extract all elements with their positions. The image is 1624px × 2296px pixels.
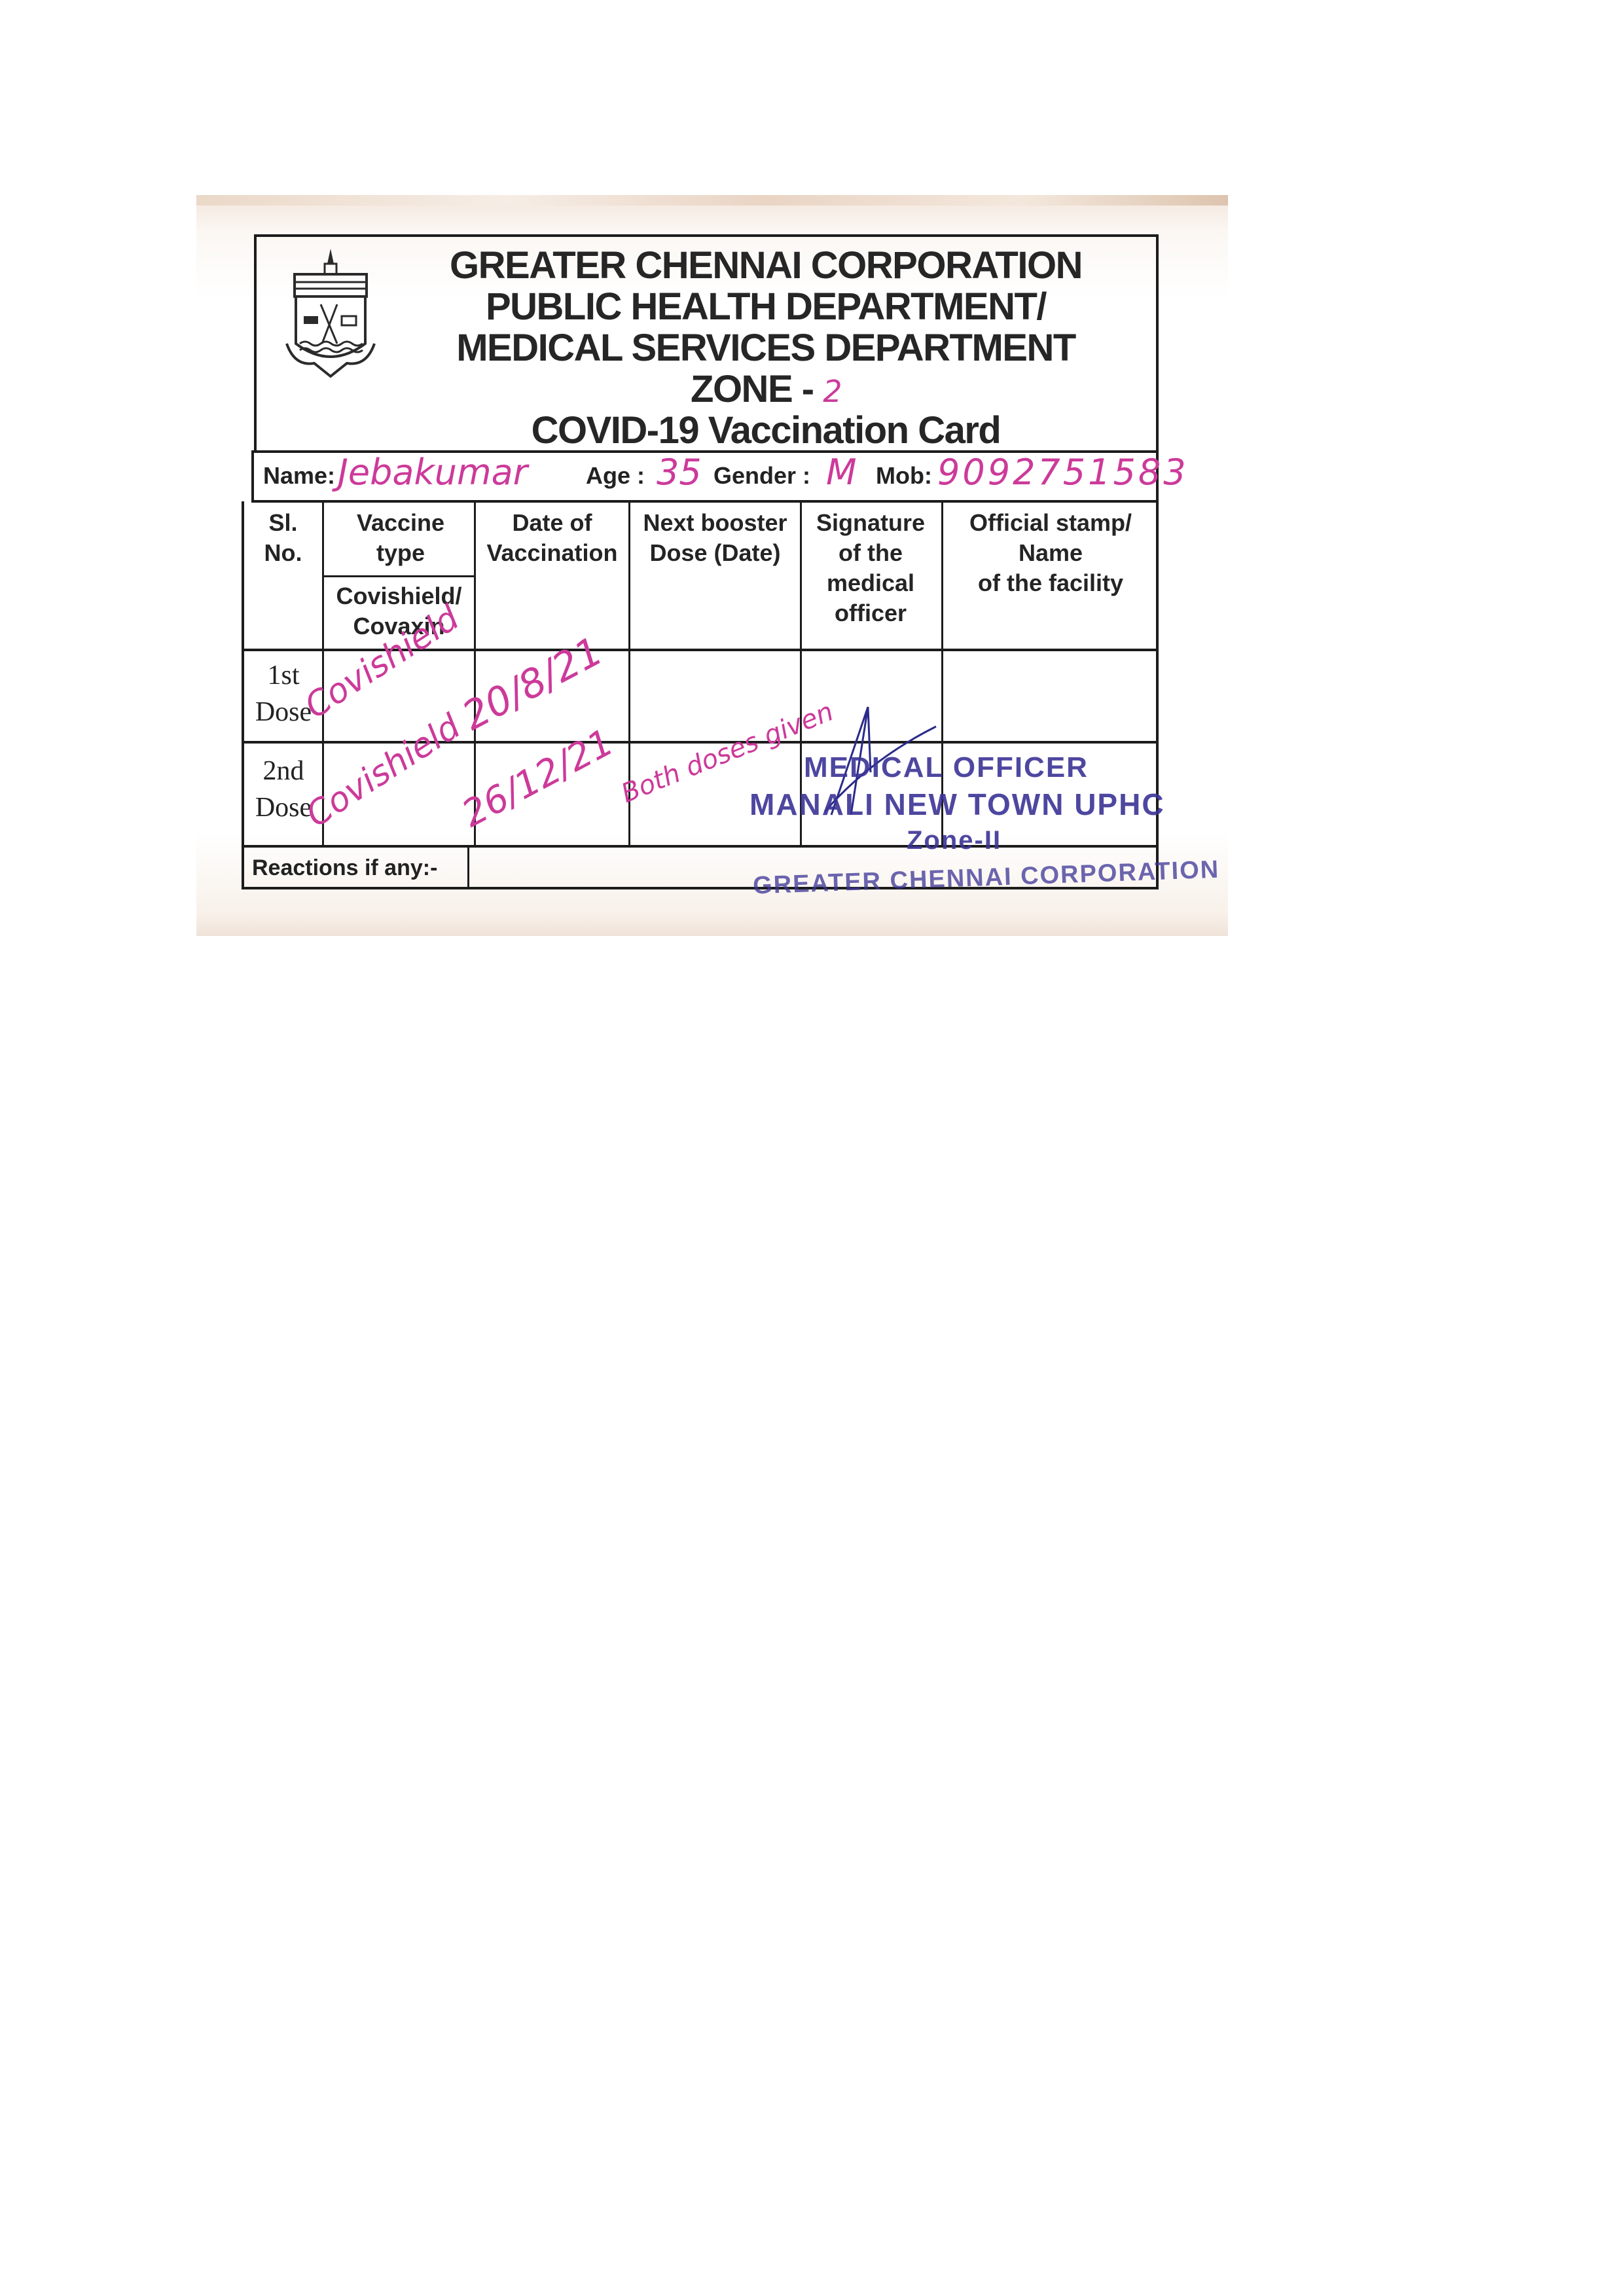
- gender-label: Gender :: [713, 462, 810, 490]
- corporation-emblem-icon: [281, 245, 380, 383]
- header-date-of-vaccination: Date ofVaccination: [476, 508, 628, 568]
- reactions-label: Reactions if any:-: [252, 855, 437, 881]
- reactions-divider: [467, 846, 469, 889]
- age-value: 35: [657, 452, 702, 493]
- stamp-line3: Zone-II: [907, 826, 1001, 855]
- mobile-label: Mob:: [876, 462, 932, 490]
- stamp-line1: MEDICAL OFFICER: [804, 751, 1089, 784]
- subheader-line: [322, 575, 476, 577]
- name-value: Jebakumar: [338, 452, 528, 493]
- table-border-right: [1156, 501, 1159, 889]
- scan-torn-edge: [196, 195, 1228, 206]
- row-divider-1: [242, 741, 1159, 744]
- zone-label: ZONE -: [691, 368, 814, 410]
- org-name-line1: GREATER CHENNAI CORPORATION: [419, 243, 1113, 287]
- org-name-line2: PUBLIC HEALTH DEPARTMENT/: [419, 285, 1113, 329]
- stamp-line2: MANALI NEW TOWN UPHC: [749, 787, 1165, 822]
- header-next-booster: Next boosterDose (Date): [630, 508, 800, 568]
- header-vaccine-type: Vaccinetype: [327, 508, 474, 568]
- org-name-line3: MEDICAL SERVICES DEPARTMENT: [419, 326, 1113, 370]
- row-divider-2: [242, 845, 1159, 848]
- mobile-value: 9092751583: [937, 452, 1189, 493]
- zone-value: 2: [823, 374, 841, 409]
- header-signature: Signatureof themedicalofficer: [812, 508, 929, 628]
- zone-line: ZONE - 2: [419, 367, 1113, 411]
- header-sl-no: Sl.No.: [244, 508, 322, 568]
- header-official-stamp: Official stamp/Nameof the facility: [949, 508, 1152, 598]
- name-label: Name:: [263, 462, 335, 490]
- card-title: COVID-19 Vaccination Card: [419, 408, 1113, 452]
- gender-value: M: [826, 452, 857, 493]
- age-label: Age :: [586, 462, 645, 490]
